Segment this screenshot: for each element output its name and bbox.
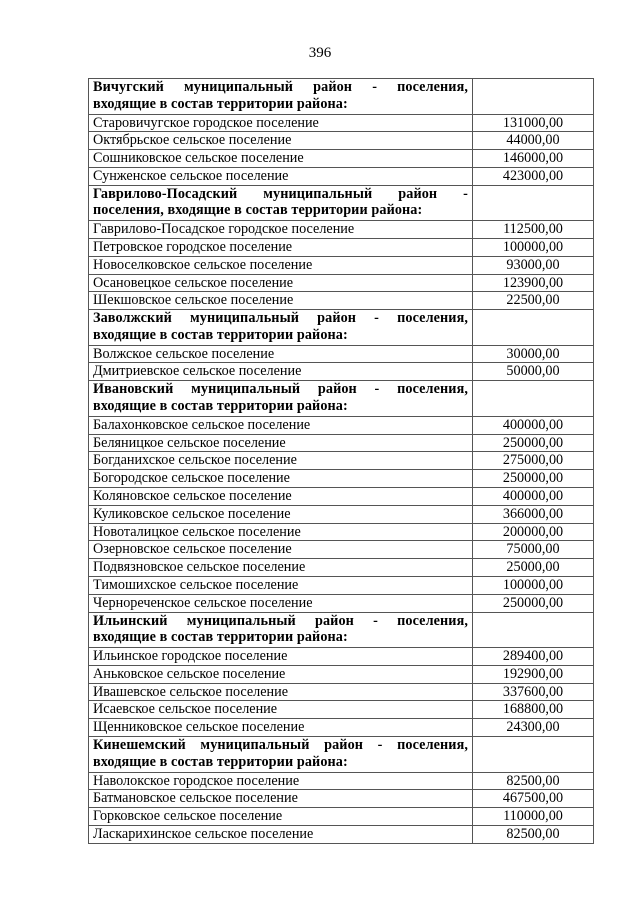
settlement-name: Петровское городское поселение — [89, 238, 473, 256]
settlement-name: Волжское сельское поселение — [89, 345, 473, 363]
section-header-row: Ильинский муниципальный район - поселени… — [89, 612, 594, 648]
table-row: Ильинское городское поселение289400,00 — [89, 648, 594, 666]
section-title: Гаврилово-Посадский муниципальный район … — [89, 185, 473, 221]
amount-value: 168800,00 — [473, 701, 594, 719]
table-row: Ласкарихинское сельское поселение82500,0… — [89, 825, 594, 843]
amount-value: 100000,00 — [473, 238, 594, 256]
amount-value: 366000,00 — [473, 505, 594, 523]
table-row: Балахонковское сельское поселение400000,… — [89, 416, 594, 434]
amount-value: 192900,00 — [473, 665, 594, 683]
page-number: 396 — [0, 44, 640, 62]
amount-value: 82500,00 — [473, 825, 594, 843]
table-row: Богородское сельское поселение250000,00 — [89, 470, 594, 488]
table-body: Вичугский муниципальный район - поселени… — [89, 79, 594, 844]
table-row: Богданихское сельское поселение275000,00 — [89, 452, 594, 470]
section-value-empty — [473, 310, 594, 346]
table-row: Сошниковское сельское поселение146000,00 — [89, 150, 594, 168]
amount-value: 50000,00 — [473, 363, 594, 381]
amount-value: 200000,00 — [473, 523, 594, 541]
amount-value: 131000,00 — [473, 114, 594, 132]
table-row: Шекшовское сельское поселение22500,00 — [89, 292, 594, 310]
settlement-name: Батмановское сельское поселение — [89, 790, 473, 808]
table-row: Исаевское сельское поселение168800,00 — [89, 701, 594, 719]
table-row: Подвязновское сельское поселение25000,00 — [89, 559, 594, 577]
section-value-empty — [473, 381, 594, 417]
settlement-name: Новоселковское сельское поселение — [89, 256, 473, 274]
section-value-empty — [473, 185, 594, 221]
table-row: Чернореченское сельское поселение250000,… — [89, 594, 594, 612]
amount-value: 423000,00 — [473, 167, 594, 185]
settlements-table: Вичугский муниципальный район - поселени… — [88, 78, 594, 844]
table-row: Наволокское городское поселение82500,00 — [89, 772, 594, 790]
amount-value: 25000,00 — [473, 559, 594, 577]
settlement-name: Сунженское сельское поселение — [89, 167, 473, 185]
table-row: Сунженское сельское поселение423000,00 — [89, 167, 594, 185]
amount-value: 146000,00 — [473, 150, 594, 168]
table-row: Старовичугское городское поселение131000… — [89, 114, 594, 132]
settlement-name: Гаврилово-Посадское городское поселение — [89, 221, 473, 239]
settlement-name: Новоталицкое сельское поселение — [89, 523, 473, 541]
section-header-row: Ивановский муниципальный район - поселен… — [89, 381, 594, 417]
section-value-empty — [473, 612, 594, 648]
settlement-name: Куликовское сельское поселение — [89, 505, 473, 523]
table-row: Коляновское сельское поселение400000,00 — [89, 487, 594, 505]
section-header-row: Гаврилово-Посадский муниципальный район … — [89, 185, 594, 221]
amount-value: 250000,00 — [473, 470, 594, 488]
settlement-name: Ивашевское сельское поселение — [89, 683, 473, 701]
section-title: Вичугский муниципальный район - поселени… — [89, 79, 473, 115]
table-row: Октябрьское сельское поселение44000,00 — [89, 132, 594, 150]
settlement-name: Тимошихское сельское поселение — [89, 576, 473, 594]
amount-value: 250000,00 — [473, 434, 594, 452]
amount-value: 22500,00 — [473, 292, 594, 310]
section-title: Ильинский муниципальный район - поселени… — [89, 612, 473, 648]
amount-value: 250000,00 — [473, 594, 594, 612]
amount-value: 30000,00 — [473, 345, 594, 363]
settlement-name: Осановецкое сельское поселение — [89, 274, 473, 292]
amount-value: 467500,00 — [473, 790, 594, 808]
settlement-name: Октябрьское сельское поселение — [89, 132, 473, 150]
table-row: Петровское городское поселение100000,00 — [89, 238, 594, 256]
table-row: Осановецкое сельское поселение123900,00 — [89, 274, 594, 292]
amount-value: 93000,00 — [473, 256, 594, 274]
amount-value: 337600,00 — [473, 683, 594, 701]
table-row: Ивашевское сельское поселение337600,00 — [89, 683, 594, 701]
table-row: Беляницкое сельское поселение250000,00 — [89, 434, 594, 452]
settlement-name: Озерновское сельское поселение — [89, 541, 473, 559]
section-title: Заволжский муниципальный район - поселен… — [89, 310, 473, 346]
settlement-name: Ильинское городское поселение — [89, 648, 473, 666]
settlement-name: Ласкарихинское сельское поселение — [89, 825, 473, 843]
settlement-name: Исаевское сельское поселение — [89, 701, 473, 719]
settlement-name: Аньковское сельское поселение — [89, 665, 473, 683]
table-row: Батмановское сельское поселение467500,00 — [89, 790, 594, 808]
settlement-name: Шекшовское сельское поселение — [89, 292, 473, 310]
table-row: Тимошихское сельское поселение100000,00 — [89, 576, 594, 594]
settlement-name: Подвязновское сельское поселение — [89, 559, 473, 577]
amount-value: 289400,00 — [473, 648, 594, 666]
section-header-row: Заволжский муниципальный район - поселен… — [89, 310, 594, 346]
amount-value: 110000,00 — [473, 808, 594, 826]
settlement-name: Беляницкое сельское поселение — [89, 434, 473, 452]
table-row: Новоталицкое сельское поселение200000,00 — [89, 523, 594, 541]
settlement-name: Сошниковское сельское поселение — [89, 150, 473, 168]
amount-value: 82500,00 — [473, 772, 594, 790]
settlement-name: Старовичугское городское поселение — [89, 114, 473, 132]
section-title: Ивановский муниципальный район - поселен… — [89, 381, 473, 417]
table-row: Куликовское сельское поселение366000,00 — [89, 505, 594, 523]
section-value-empty — [473, 79, 594, 115]
table-row: Дмитриевское сельское поселение50000,00 — [89, 363, 594, 381]
settlement-name: Щенниковское сельское поселение — [89, 719, 473, 737]
amount-value: 75000,00 — [473, 541, 594, 559]
section-header-row: Вичугский муниципальный район - поселени… — [89, 79, 594, 115]
amount-value: 400000,00 — [473, 487, 594, 505]
table-row: Аньковское сельское поселение192900,00 — [89, 665, 594, 683]
settlement-name: Коляновское сельское поселение — [89, 487, 473, 505]
section-title: Кинешемский муниципальный район - поселе… — [89, 737, 473, 773]
table-row: Озерновское сельское поселение75000,00 — [89, 541, 594, 559]
settlement-name: Богородское сельское поселение — [89, 470, 473, 488]
amount-value: 44000,00 — [473, 132, 594, 150]
table-row: Волжское сельское поселение30000,00 — [89, 345, 594, 363]
settlement-name: Наволокское городское поселение — [89, 772, 473, 790]
table-row: Новоселковское сельское поселение93000,0… — [89, 256, 594, 274]
table-row: Горковское сельское поселение110000,00 — [89, 808, 594, 826]
settlement-name: Дмитриевское сельское поселение — [89, 363, 473, 381]
section-header-row: Кинешемский муниципальный район - поселе… — [89, 737, 594, 773]
settlement-name: Богданихское сельское поселение — [89, 452, 473, 470]
section-value-empty — [473, 737, 594, 773]
settlement-name: Балахонковское сельское поселение — [89, 416, 473, 434]
amount-value: 100000,00 — [473, 576, 594, 594]
amount-value: 24300,00 — [473, 719, 594, 737]
amount-value: 112500,00 — [473, 221, 594, 239]
settlement-name: Горковское сельское поселение — [89, 808, 473, 826]
amount-value: 400000,00 — [473, 416, 594, 434]
table-row: Щенниковское сельское поселение24300,00 — [89, 719, 594, 737]
amount-value: 275000,00 — [473, 452, 594, 470]
table-row: Гаврилово-Посадское городское поселение1… — [89, 221, 594, 239]
settlement-name: Чернореченское сельское поселение — [89, 594, 473, 612]
amount-value: 123900,00 — [473, 274, 594, 292]
